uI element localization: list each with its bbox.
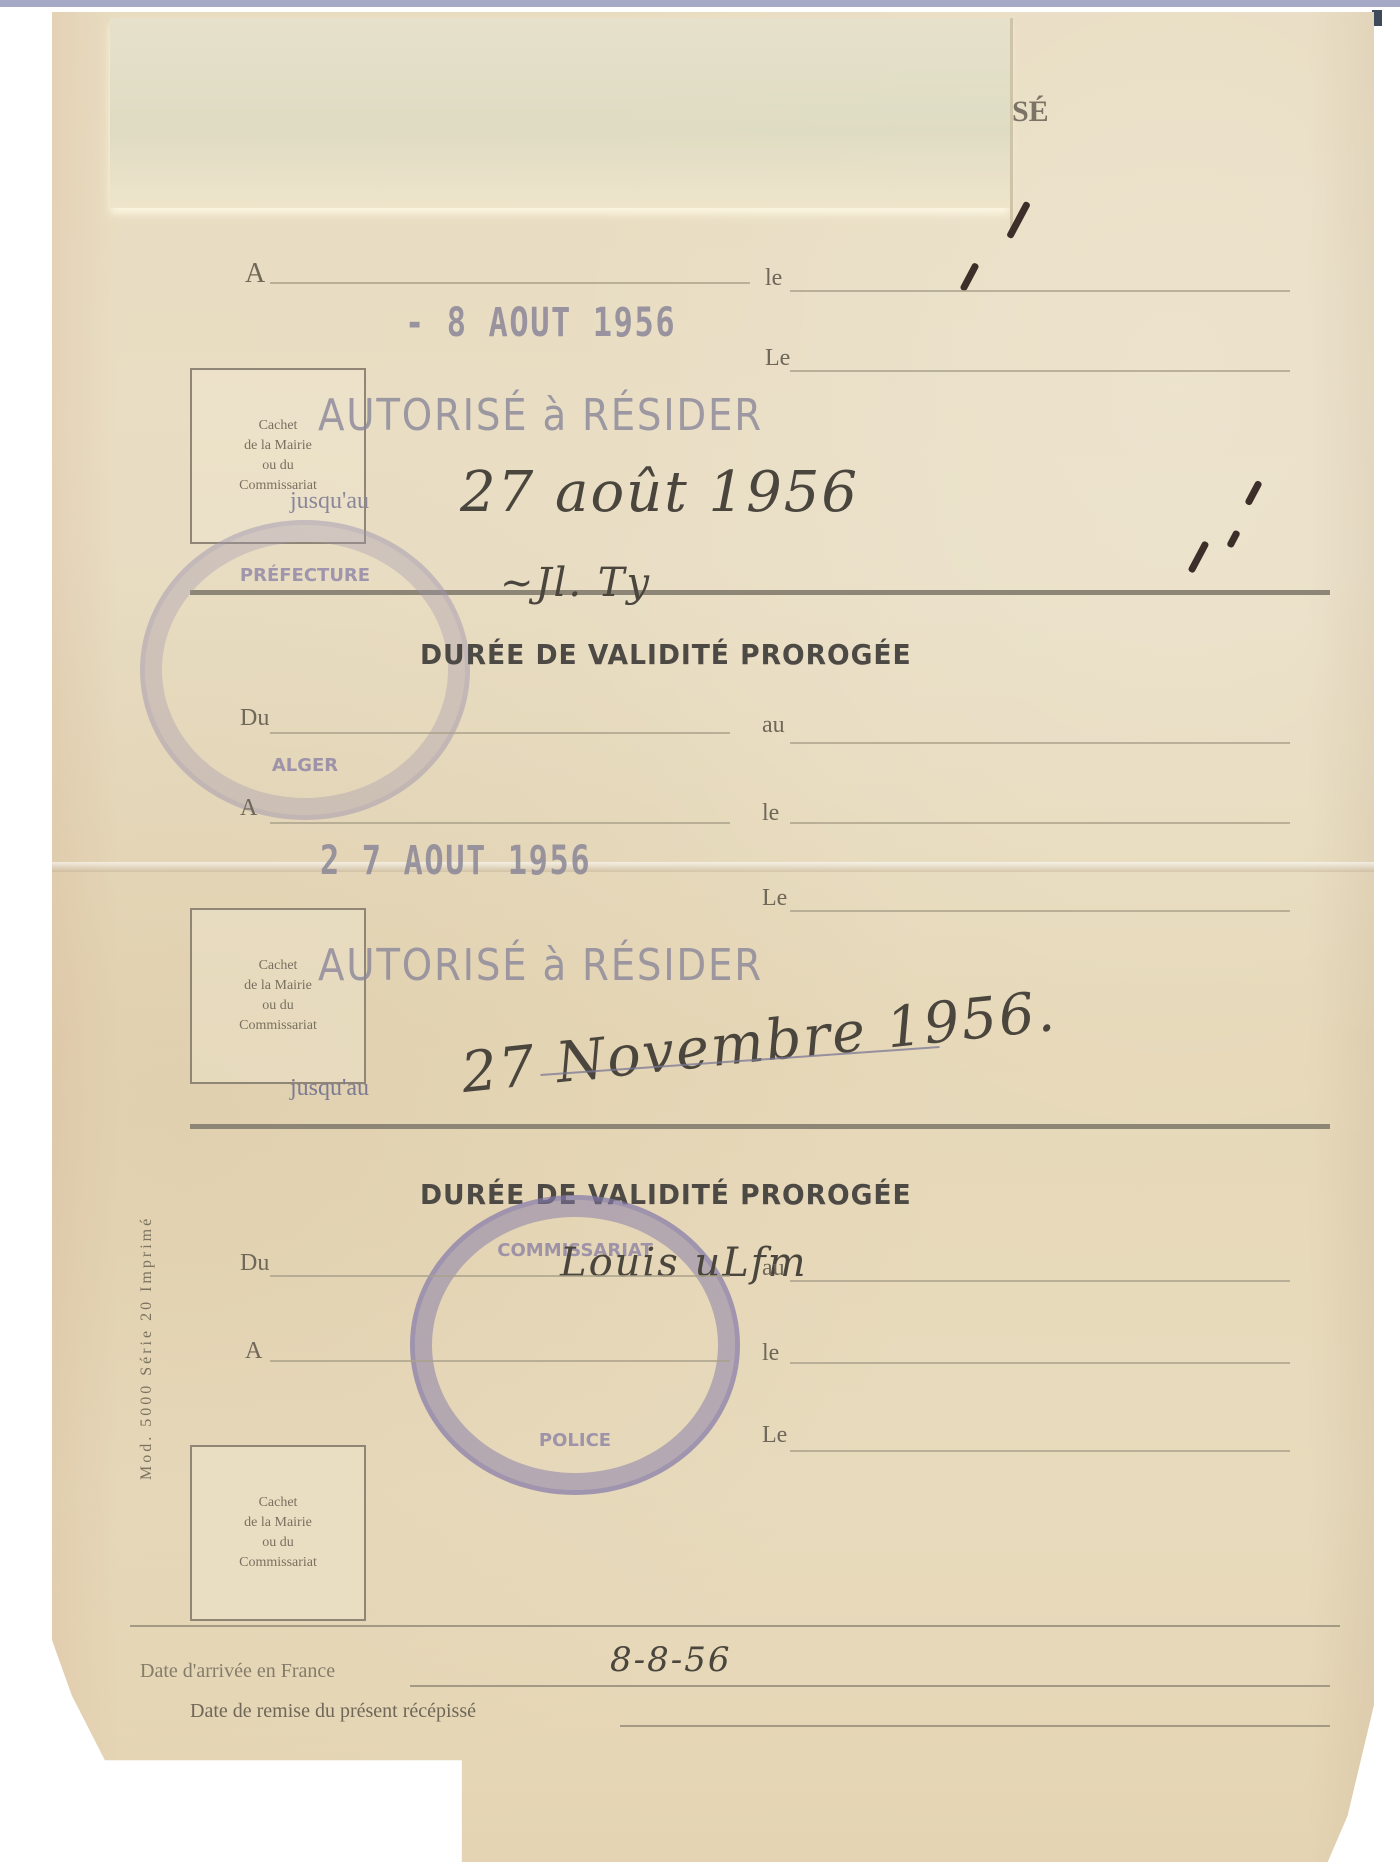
field-line [790,1362,1290,1364]
arrival-date-handwritten: 8-8-56 [610,1640,732,1680]
field-label-au: au [762,1255,785,1282]
field-label-a: A [240,795,257,822]
field-line [270,282,750,284]
stamp-text: PRÉFECTURE [145,565,465,586]
box-text: Commissariat [239,1016,317,1036]
footer-divider [130,1625,1340,1627]
field-label-le-2: Le [762,1422,787,1449]
signature: ~Jl. Ty [500,560,651,606]
box-text: de la Mairie [244,976,312,996]
box-text: de la Mairie [244,436,312,456]
field-line [790,822,1290,824]
field-line [790,910,1290,912]
field-line [790,290,1290,292]
field-label-le: le [765,265,782,292]
field-line [270,1360,730,1362]
field-line [620,1725,1330,1727]
until-label: jusqu'au [290,488,369,515]
field-label-du: Du [240,705,269,732]
box-text: de la Mairie [244,1513,312,1533]
section-divider [190,1124,1330,1129]
field-line [270,732,730,734]
field-line [790,1280,1290,1282]
box-text: ou du [262,456,294,476]
arrival-label: Date d'arrivée en France [140,1660,335,1683]
paper-crease [52,862,1374,872]
remise-label: Date de remise du présent récépissé [190,1700,476,1723]
field-label-a: A [245,258,265,290]
field-label-a: A [245,1338,262,1365]
box-text: Cachet [259,416,298,436]
date-stamp: 2 7 AOUT 1956 [320,838,591,884]
field-label-le-2: Le [765,345,790,372]
until-label: jusqu'au [290,1075,369,1102]
box-text: ou du [262,996,294,1016]
stamp-text: POLICE [415,1430,735,1451]
date-stamp: - 8 AOUT 1956 [405,300,676,346]
until-date-handwritten: 27 août 1956 [460,460,859,525]
box-text: Commissariat [239,1553,317,1573]
authorized-stamp: AUTORISÉ à RÉSIDER [318,390,763,441]
field-line [790,742,1290,744]
field-label-du: Du [240,1250,269,1277]
header-fragment: SÉ [1012,95,1049,129]
field-label-le-2: Le [762,885,787,912]
field-line [790,370,1290,372]
cachet-box-bottom: Cachet de la Mairie ou du Commissariat [190,1445,366,1621]
stamp-text: ALGER [145,755,465,776]
field-label-au: au [762,712,785,739]
top-border-bar [0,0,1400,7]
field-label-le: le [762,800,779,827]
section-title: DURÉE DE VALIDITÉ PROROGÉE [420,1178,912,1211]
field-line [270,1275,730,1277]
folded-top-flap [110,18,1010,208]
box-text: Cachet [259,956,298,976]
box-text: ou du [262,1533,294,1553]
cachet-box: Cachet de la Mairie ou du Commissariat [190,908,366,1084]
field-line [790,1450,1290,1452]
authorized-stamp: AUTORISÉ à RÉSIDER [318,940,763,991]
field-line [410,1685,1330,1687]
field-line [270,822,730,824]
box-text: Cachet [259,1493,298,1513]
field-label-le: le [762,1340,779,1367]
section-title: DURÉE DE VALIDITÉ PROROGÉE [420,638,912,671]
margin-print-reference: Mod. 5000 Série 20 Imprimé [138,1216,156,1480]
